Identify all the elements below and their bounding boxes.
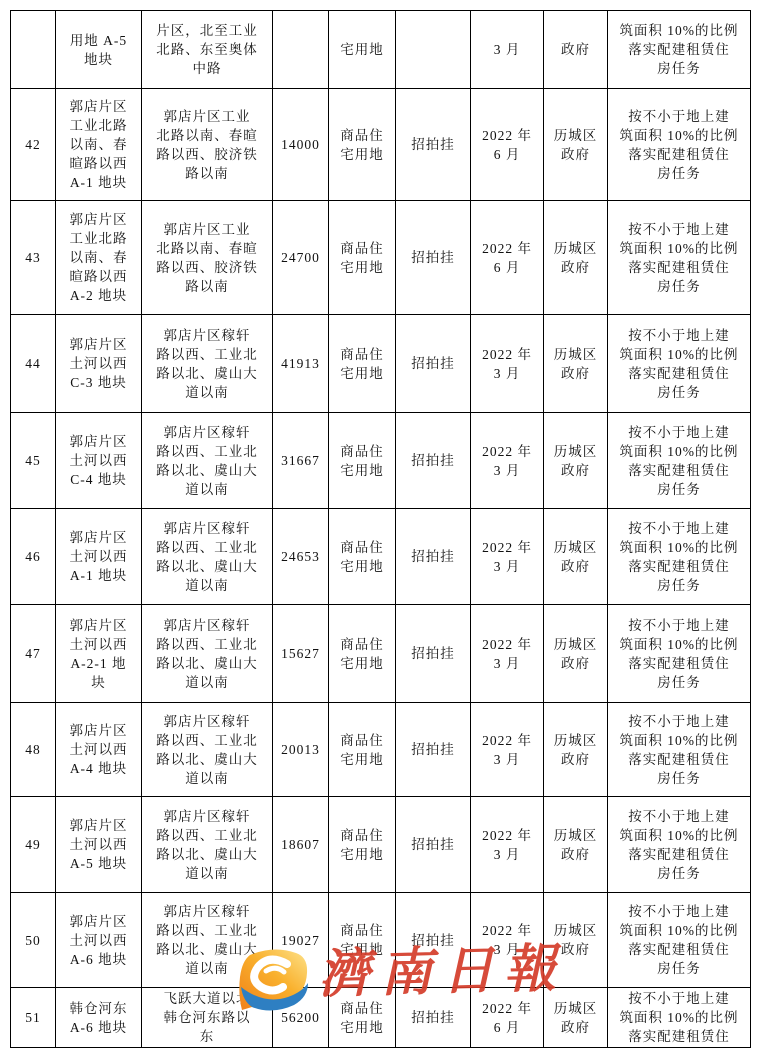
table-cell: 按不小于地上建 筑面积 10%的比例 落实配建租赁住 房任务 — [608, 315, 751, 413]
table-cell: 郭店片区工业 北路以南、春暄 路以西、胶济铁 路以南 — [142, 89, 273, 201]
table-cell: 历城区 政府 — [544, 509, 608, 605]
table-cell: 商品住 宅用地 — [329, 605, 396, 703]
table-cell: 47 — [11, 605, 56, 703]
table-cell: 郭店片区 土河以西 A-6 地块 — [56, 893, 142, 988]
table-cell: 筑面积 10%的比例 落实配建租赁住 房任务 — [608, 11, 751, 89]
table-cell: 50 — [11, 893, 56, 988]
table-cell: 历城区 政府 — [544, 988, 608, 1048]
table-cell: 商品住 宅用地 — [329, 988, 396, 1048]
table-cell: 郭店片区稼轩 路以西、工业北 路以北、虞山大 道以南 — [142, 413, 273, 509]
table-cell: 商品住 宅用地 — [329, 201, 396, 315]
table-cell: 45 — [11, 413, 56, 509]
table-cell: 46 — [11, 509, 56, 605]
table-cell: 按不小于地上建 筑面积 10%的比例 落实配建租赁住 房任务 — [608, 703, 751, 797]
table-cell: 郭店片区 土河以西 A-2-1 地 块 — [56, 605, 142, 703]
table-cell: 郭店片区稼轩 路以西、工业北 路以北、虞山大 道以南 — [142, 605, 273, 703]
table-cell: 招拍挂 — [396, 797, 471, 893]
table-cell: 招拍挂 — [396, 509, 471, 605]
table-cell: 3 月 — [471, 11, 544, 89]
table-row: 51韩仓河东 A-6 地块飞跃大道以北 韩仓河东路以 东56200商品住 宅用地… — [11, 988, 751, 1048]
table-cell: 郭店片区 土河以西 C-3 地块 — [56, 315, 142, 413]
table-cell: 2022 年 3 月 — [471, 797, 544, 893]
table-cell: 政府 — [544, 11, 608, 89]
table-cell: 42 — [11, 89, 56, 201]
table-cell: 历城区 政府 — [544, 413, 608, 509]
table-cell: 2022 年 3 月 — [471, 413, 544, 509]
table-cell: 商品住 宅用地 — [329, 893, 396, 988]
table-row: 49郭店片区 土河以西 A-5 地块郭店片区稼轩 路以西、工业北 路以北、虞山大… — [11, 797, 751, 893]
table-cell: 郭店片区工业 北路以南、春暄 路以西、胶济铁 路以南 — [142, 201, 273, 315]
table-cell: 历城区 政府 — [544, 893, 608, 988]
table-cell: 历城区 政府 — [544, 89, 608, 201]
table-cell: 商品住 宅用地 — [329, 89, 396, 201]
table-cell: 郭店片区 工业北路 以南、春 暄路以西 A-1 地块 — [56, 89, 142, 201]
table-row: 44郭店片区 土河以西 C-3 地块郭店片区稼轩 路以西、工业北 路以北、虞山大… — [11, 315, 751, 413]
table-cell: 郭店片区稼轩 路以西、工业北 路以北、虞山大 道以南 — [142, 797, 273, 893]
table-cell: 51 — [11, 988, 56, 1048]
table-cell: 2022 年 3 月 — [471, 605, 544, 703]
table-cell — [273, 11, 329, 89]
table-cell: 历城区 政府 — [544, 605, 608, 703]
table-cell: 31667 — [273, 413, 329, 509]
table-cell: 2022 年 3 月 — [471, 703, 544, 797]
table-cell: 飞跃大道以北 韩仓河东路以 东 — [142, 988, 273, 1048]
table-cell: 郭店片区 工业北路 以南、春 暄路以西 A-2 地块 — [56, 201, 142, 315]
table-cell: 2022 年 3 月 — [471, 315, 544, 413]
table-cell: 片区，北至工业 北路、东至奥体 中路 — [142, 11, 273, 89]
table-cell: 20013 — [273, 703, 329, 797]
table-row: 42郭店片区 工业北路 以南、春 暄路以西 A-1 地块郭店片区工业 北路以南、… — [11, 89, 751, 201]
table-cell: 19027 — [273, 893, 329, 988]
table-cell: 2022 年 3 月 — [471, 509, 544, 605]
table-cell: 郭店片区 土河以西 A-4 地块 — [56, 703, 142, 797]
table-cell: 郭店片区稼轩 路以西、工业北 路以北、虞山大 道以南 — [142, 315, 273, 413]
table-cell: 招拍挂 — [396, 413, 471, 509]
table-cell: 18607 — [273, 797, 329, 893]
table-cell: 郭店片区稼轩 路以西、工业北 路以北、虞山大 道以南 — [142, 893, 273, 988]
table-cell: 历城区 政府 — [544, 797, 608, 893]
table-cell: 按不小于地上建 筑面积 10%的比例 落实配建租赁住 房任务 — [608, 893, 751, 988]
table-cell: 2022 年 6 月 — [471, 988, 544, 1048]
table-cell: 商品住 宅用地 — [329, 315, 396, 413]
table-cell: 按不小于地上建 筑面积 10%的比例 落实配建租赁住 房任务 — [608, 413, 751, 509]
table-cell: 郭店片区稼轩 路以西、工业北 路以北、虞山大 道以南 — [142, 703, 273, 797]
table-cell: 用地 A-5 地块 — [56, 11, 142, 89]
table-cell: 按不小于地上建 筑面积 10%的比例 落实配建租赁住 房任务 — [608, 797, 751, 893]
table-cell: 按不小于地上建 筑面积 10%的比例 落实配建租赁住 房任务 — [608, 605, 751, 703]
table-cell: 郭店片区稼轩 路以西、工业北 路以北、虞山大 道以南 — [142, 509, 273, 605]
table-row: 50郭店片区 土河以西 A-6 地块郭店片区稼轩 路以西、工业北 路以北、虞山大… — [11, 893, 751, 988]
table-row: 45郭店片区 土河以西 C-4 地块郭店片区稼轩 路以西、工业北 路以北、虞山大… — [11, 413, 751, 509]
table-cell: 商品住 宅用地 — [329, 797, 396, 893]
table-cell: 2022 年 6 月 — [471, 201, 544, 315]
table-cell: 招拍挂 — [396, 315, 471, 413]
table-row: 48郭店片区 土河以西 A-4 地块郭店片区稼轩 路以西、工业北 路以北、虞山大… — [11, 703, 751, 797]
land-supply-table: 用地 A-5 地块片区，北至工业 北路、东至奥体 中路宅用地3 月政府筑面积 1… — [10, 10, 751, 1048]
table-cell: 招拍挂 — [396, 893, 471, 988]
table-cell: 郭店片区 土河以西 A-1 地块 — [56, 509, 142, 605]
table-cell: 历城区 政府 — [544, 315, 608, 413]
table-cell: 商品住 宅用地 — [329, 413, 396, 509]
table-cell: 历城区 政府 — [544, 703, 608, 797]
table-cell: 招拍挂 — [396, 201, 471, 315]
table-cell: 15627 — [273, 605, 329, 703]
table-cell: 49 — [11, 797, 56, 893]
table-row: 46郭店片区 土河以西 A-1 地块郭店片区稼轩 路以西、工业北 路以北、虞山大… — [11, 509, 751, 605]
table-cell: 2022 年 6 月 — [471, 89, 544, 201]
table-cell: 按不小于地上建 筑面积 10%的比例 落实配建租赁住 房任务 — [608, 201, 751, 315]
table-cell: 44 — [11, 315, 56, 413]
table-cell: 韩仓河东 A-6 地块 — [56, 988, 142, 1048]
table-cell: 按不小于地上建 筑面积 10%的比例 落实配建租赁住 房任务 — [608, 89, 751, 201]
table-cell: 招拍挂 — [396, 89, 471, 201]
table-cell: 郭店片区 土河以西 C-4 地块 — [56, 413, 142, 509]
table-cell: 24653 — [273, 509, 329, 605]
table-cell: 48 — [11, 703, 56, 797]
table-row: 47郭店片区 土河以西 A-2-1 地 块郭店片区稼轩 路以西、工业北 路以北、… — [11, 605, 751, 703]
table-cell: 43 — [11, 201, 56, 315]
table-cell: 宅用地 — [329, 11, 396, 89]
table-row: 43郭店片区 工业北路 以南、春 暄路以西 A-2 地块郭店片区工业 北路以南、… — [11, 201, 751, 315]
table-cell: 郭店片区 土河以西 A-5 地块 — [56, 797, 142, 893]
table-cell: 56200 — [273, 988, 329, 1048]
table-cell: 14000 — [273, 89, 329, 201]
table-cell: 24700 — [273, 201, 329, 315]
table-cell: 历城区 政府 — [544, 201, 608, 315]
table-cell: 商品住 宅用地 — [329, 703, 396, 797]
table-cell: 按不小于地上建 筑面积 10%的比例 落实配建租赁住 房任务 — [608, 509, 751, 605]
page: 用地 A-5 地块片区，北至工业 北路、东至奥体 中路宅用地3 月政府筑面积 1… — [0, 0, 760, 1052]
table-cell: 商品住 宅用地 — [329, 509, 396, 605]
table-row: 用地 A-5 地块片区，北至工业 北路、东至奥体 中路宅用地3 月政府筑面积 1… — [11, 11, 751, 89]
table-cell: 招拍挂 — [396, 988, 471, 1048]
table-cell — [396, 11, 471, 89]
table-cell — [11, 11, 56, 89]
table-cell: 2022 年 3 月 — [471, 893, 544, 988]
table-cell: 招拍挂 — [396, 703, 471, 797]
table-cell: 招拍挂 — [396, 605, 471, 703]
table-cell: 41913 — [273, 315, 329, 413]
table-cell: 按不小于地上建 筑面积 10%的比例 落实配建租赁住 — [608, 988, 751, 1048]
